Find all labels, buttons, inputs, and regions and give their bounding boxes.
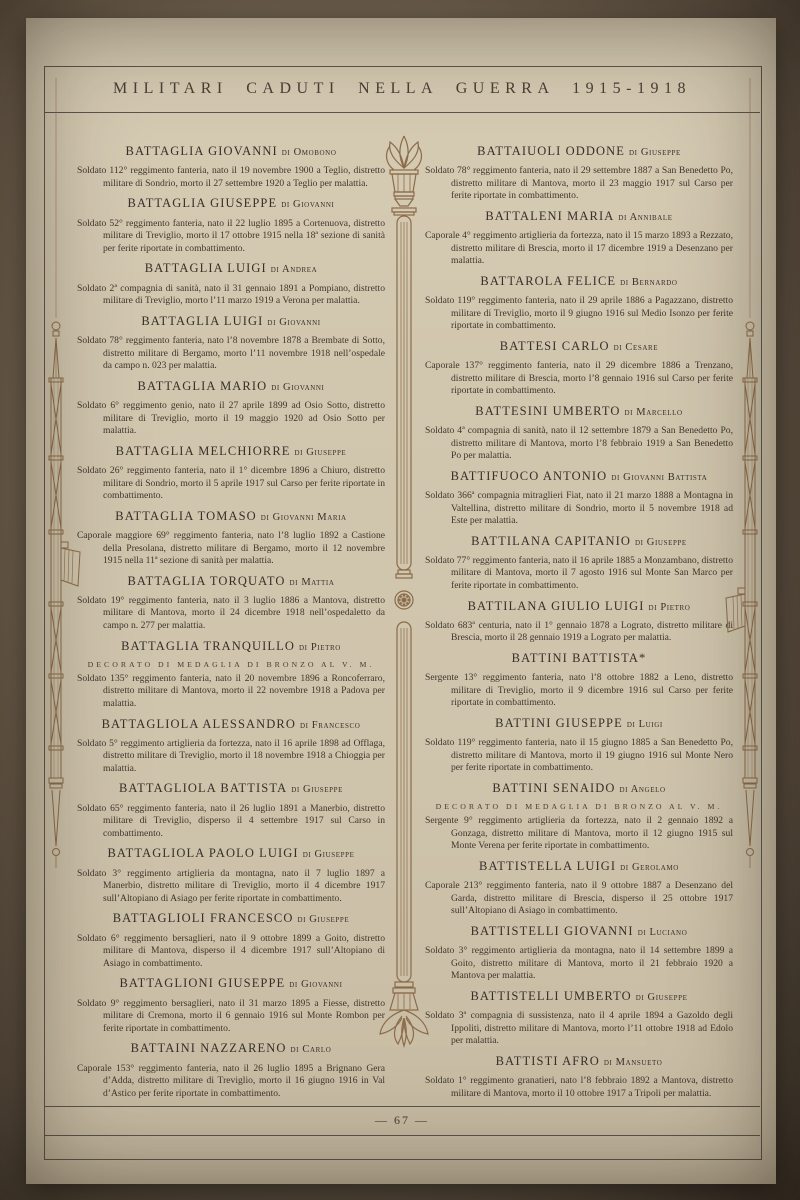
soldier-name-heading: BATTAGLIA LUIGIdi Andrea <box>77 259 385 277</box>
soldier-name: BATTISTELLI GIOVANNI <box>471 924 634 938</box>
soldier-name: BATTAGLIA TORQUATO <box>127 574 285 588</box>
soldier-honor-line: DECORATO DI MEDAGLIA DI BRONZO AL V. M. <box>77 660 385 669</box>
soldier-patronymic: di Omobono <box>282 147 337 158</box>
soldier-record-text: Caporale 137° reggimento fanteria, nato … <box>425 360 733 397</box>
soldier-entry: BATTAGLIOLA PAOLO LUIGIdi Giuseppe Solda… <box>77 844 385 905</box>
soldier-record-text: Soldato 6° reggimento bersaglieri, nato … <box>77 933 385 970</box>
soldier-name-heading: BATTAGLIOLI FRANCESCOdi Giuseppe <box>77 909 385 927</box>
soldier-patronymic: di Mansueto <box>604 1057 663 1068</box>
soldier-entry: BATTINI BATTISTA* Sergente 13° reggiment… <box>425 649 733 710</box>
page-number: — 67 — <box>44 1109 760 1131</box>
soldier-entry: BATTAGLIA GIOVANNIdi Omobono Soldato 112… <box>77 142 385 190</box>
soldier-name-heading: BATTAGLIOLA ALESSANDROdi Francesco <box>77 715 385 733</box>
soldier-record-text: Caporale 4° reggimento artiglieria da fo… <box>425 230 733 267</box>
soldier-record-text: Sergente 13° reggimento fanteria, nato l… <box>425 672 733 709</box>
book-page: MILITARI CADUTI NELLA GUERRA 1915-1918 B… <box>26 18 776 1184</box>
soldier-record-text: Caporale maggiore 69° reggimento fanteri… <box>77 530 385 567</box>
soldier-record-text: Soldato 78° reggimento fanteria, nato l’… <box>77 335 385 372</box>
soldier-name-heading: BATTAIUOLI ODDONEdi Giuseppe <box>425 142 733 160</box>
soldier-name-heading: BATTAGLIA GIOVANNIdi Omobono <box>77 142 385 160</box>
soldier-name-heading: BATTALENI MARIAdi Annibale <box>425 207 733 225</box>
soldier-name-heading: BATTESINI UMBERTOdi Marcello <box>425 402 733 420</box>
soldier-name-heading: BATTAGLIA MELCHIORREdi Giuseppe <box>77 442 385 460</box>
soldier-entry: BATTAINI NAZZARENOdi Carlo Caporale 153°… <box>77 1039 385 1100</box>
soldier-entry: BATTAGLIA LUIGIdi Giovanni Soldato 78° r… <box>77 312 385 373</box>
soldier-name: BATTAGLIA GIOVANNI <box>126 144 278 158</box>
soldier-entry: BATTAGLIA TOMASOdi Giovanni Maria Capora… <box>77 507 385 568</box>
soldier-record-text: Soldato 3° reggimento artiglieria da mon… <box>77 868 385 905</box>
soldier-name-heading: BATTINI BATTISTA* <box>425 649 733 667</box>
page-title: MILITARI CADUTI NELLA GUERRA 1915-1918 <box>113 80 691 98</box>
soldier-entry: BATTAGLIOLA ALESSANDROdi Francesco Solda… <box>77 715 385 776</box>
footer-rule-bottom <box>44 1135 760 1136</box>
soldier-entry: BATTINI GIUSEPPEdi Luigi Soldato 119° re… <box>425 714 733 775</box>
soldier-name: BATTAGLIA TOMASO <box>115 509 257 523</box>
soldier-patronymic: di Giuseppe <box>629 147 681 158</box>
soldier-entry: BATTESI CARLOdi Cesare Caporale 137° reg… <box>425 337 733 398</box>
soldier-patronymic: di Gerolamo <box>620 862 679 873</box>
soldier-name: BATTISTELLI UMBERTO <box>470 989 631 1003</box>
soldier-entry: BATTILANA GIULIO LUIGIdi Pietro Soldato … <box>425 597 733 645</box>
soldier-entry: BATTISTELLA LUIGIdi Gerolamo Caporale 21… <box>425 857 733 918</box>
soldier-name-heading: BATTAGLIA TORQUATOdi Mattia <box>77 572 385 590</box>
soldier-name: BATTISTI AFRO <box>496 1054 600 1068</box>
soldier-entry: BATTAGLIOLA BATTISTAdi Giuseppe Soldato … <box>77 779 385 840</box>
soldier-entry: BATTAGLIA TORQUATOdi Mattia Soldato 19° … <box>77 572 385 633</box>
soldier-name-heading: BATTISTELLA LUIGIdi Gerolamo <box>425 857 733 875</box>
soldier-patronymic: di Andrea <box>271 264 318 275</box>
soldier-name-heading: BATTAROLA FELICEdi Bernardo <box>425 272 733 290</box>
soldier-name-heading: BATTESI CARLOdi Cesare <box>425 337 733 355</box>
soldier-entry: BATTAGLIA TRANQUILLOdi Pietro DECORATO D… <box>77 637 385 711</box>
soldier-name: BATTAGLIOLA BATTISTA <box>119 781 287 795</box>
soldier-name-heading: BATTAGLIA LUIGIdi Giovanni <box>77 312 385 330</box>
photo-background: MILITARI CADUTI NELLA GUERRA 1915-1918 B… <box>0 0 800 1200</box>
soldier-patronymic: di Giuseppe <box>636 992 688 1003</box>
soldier-name: BATTILANA CAPITANIO <box>471 534 631 548</box>
soldier-honor-line: DECORATO DI MEDAGLIA DI BRONZO AL V. M. <box>425 802 733 811</box>
soldier-entry: BATTISTELLI UMBERTOdi Giuseppe Soldato 3… <box>425 987 733 1048</box>
footer-rule-top <box>44 1106 760 1107</box>
soldier-entry: BATTAGLIA LUIGIdi Andrea Soldato 2ª comp… <box>77 259 385 307</box>
soldier-patronymic: di Giovanni <box>267 317 320 328</box>
soldier-patronymic: di Francesco <box>300 720 360 731</box>
soldier-name: BATTAGLIA GIUSEPPE <box>128 196 278 210</box>
soldier-patronymic: di Annibale <box>618 212 672 223</box>
soldier-record-text: Soldato 366ª compagnia mitraglieri Fiat,… <box>425 490 733 527</box>
soldier-name: BATTAIUOLI ODDONE <box>477 144 625 158</box>
soldier-patronymic: di Luciano <box>638 927 688 938</box>
soldier-entry: BATTISTELLI GIOVANNIdi Luciano Soldato 3… <box>425 922 733 983</box>
soldier-record-text: Caporale 213° reggimento fanteria, nato … <box>425 880 733 917</box>
column-right: BATTAIUOLI ODDONEdi Giuseppe Soldato 78°… <box>425 142 733 1100</box>
soldier-name-heading: BATTILANA CAPITANIOdi Giuseppe <box>425 532 733 550</box>
soldier-record-text: Soldato 2ª compagnia di sanità, nato il … <box>77 283 385 308</box>
soldier-record-text: Soldato 112° reggimento fanteria, nato i… <box>77 165 385 190</box>
soldier-entry: BATTAROLA FELICEdi Bernardo Soldato 119°… <box>425 272 733 333</box>
soldier-record-text: Soldato 119° reggimento fanteria, nato i… <box>425 295 733 332</box>
page-header-band: MILITARI CADUTI NELLA GUERRA 1915-1918 <box>44 66 760 113</box>
soldier-name-heading: BATTIFUOCO ANTONIOdi Giovanni Battista <box>425 467 733 485</box>
soldier-name-heading: BATTILANA GIULIO LUIGIdi Pietro <box>425 597 733 615</box>
soldier-patronymic: di Angelo <box>619 784 665 795</box>
soldier-patronymic: di Giovanni Battista <box>611 472 707 483</box>
soldier-entry: BATTAGLIA GIUSEPPEdi Giovanni Soldato 52… <box>77 194 385 255</box>
soldier-record-text: Soldato 1° reggimento granatieri, nato l… <box>425 1075 733 1100</box>
soldier-name: BATTINI GIUSEPPE <box>495 716 623 730</box>
soldier-name-heading: BATTISTI AFROdi Mansueto <box>425 1052 733 1070</box>
soldier-record-text: Soldato 3ª compagnia di sussistenza, nat… <box>425 1010 733 1047</box>
soldier-entry: BATTIFUOCO ANTONIOdi Giovanni Battista S… <box>425 467 733 528</box>
soldier-patronymic: di Giovanni <box>281 199 334 210</box>
soldier-name: BATTAGLIOLA ALESSANDRO <box>102 717 296 731</box>
soldier-record-text: Soldato 683ª centuria, nato il 1° gennai… <box>425 620 733 645</box>
soldier-name-heading: BATTISTELLI UMBERTOdi Giuseppe <box>425 987 733 1005</box>
soldier-name: BATTAINI NAZZARENO <box>131 1041 287 1055</box>
soldier-name: BATTAGLIA MELCHIORRE <box>116 444 291 458</box>
soldier-patronymic: di Giuseppe <box>635 537 687 548</box>
soldier-name: BATTAGLIONI GIUSEPPE <box>119 976 285 990</box>
soldier-name-heading: BATTAGLIA TRANQUILLOdi Pietro <box>77 637 385 655</box>
soldier-entry: BATTAIUOLI ODDONEdi Giuseppe Soldato 78°… <box>425 142 733 203</box>
soldier-entry: BATTILANA CAPITANIOdi Giuseppe Soldato 7… <box>425 532 733 593</box>
soldier-name-heading: BATTINI GIUSEPPEdi Luigi <box>425 714 733 732</box>
soldier-record-text: Soldato 19° reggimento fanteria, nato il… <box>77 595 385 632</box>
soldier-name-heading: BATTAGLIA MARIOdi Giovanni <box>77 377 385 395</box>
soldier-record-text: Soldato 9° reggimento bersaglieri, nato … <box>77 998 385 1035</box>
soldier-patronymic: di Giuseppe <box>291 784 343 795</box>
soldier-name-heading: BATTAGLIA GIUSEPPEdi Giovanni <box>77 194 385 212</box>
soldier-name: BATTAGLIA LUIGI <box>141 314 263 328</box>
soldier-name: BATTESI CARLO <box>500 339 610 353</box>
soldier-name: BATTAGLIA LUIGI <box>145 261 267 275</box>
soldier-record-text: Soldato 78° reggimento fanteria, nato il… <box>425 165 733 202</box>
soldier-patronymic: di Giovanni Maria <box>261 512 347 523</box>
soldier-name-heading: BATTAGLIOLA PAOLO LUIGIdi Giuseppe <box>77 844 385 862</box>
soldier-name: BATTAGLIA MARIO <box>138 379 268 393</box>
soldier-patronymic: di Marcello <box>624 407 682 418</box>
soldier-entry: BATTAGLIONI GIUSEPPEdi Giovanni Soldato … <box>77 974 385 1035</box>
soldier-name: BATTILANA GIULIO LUIGI <box>468 599 645 613</box>
soldier-name: BATTAROLA FELICE <box>480 274 616 288</box>
soldier-record-text: Soldato 65° reggimento fanteria, nato il… <box>77 803 385 840</box>
soldier-patronymic: di Mattia <box>290 577 335 588</box>
soldier-name: BATTAGLIA TRANQUILLO <box>121 639 295 653</box>
soldier-record-text: Soldato 4ª compagnia di sanità, nato il … <box>425 425 733 462</box>
soldier-patronymic: di Giuseppe <box>297 914 349 925</box>
soldier-name: BATTINI SENAIDO <box>492 781 615 795</box>
soldier-patronymic: di Giovanni <box>289 979 342 990</box>
soldier-record-text: Caporale 153° reggimento fanteria, nato … <box>77 1063 385 1100</box>
soldier-record-text: Soldato 135° reggimento fanteria, nato i… <box>77 673 385 710</box>
soldier-patronymic: di Cesare <box>614 342 659 353</box>
soldier-record-text: Soldato 77° reggimento fanteria, nato il… <box>425 555 733 592</box>
soldier-entry: BATTAGLIA MARIOdi Giovanni Soldato 6° re… <box>77 377 385 438</box>
soldier-entry: BATTINI SENAIDOdi Angelo DECORATO DI MED… <box>425 779 733 853</box>
soldier-name-heading: BATTINI SENAIDOdi Angelo <box>425 779 733 797</box>
soldier-name: BATTINI BATTISTA* <box>512 651 647 665</box>
soldier-patronymic: di Giovanni <box>271 382 324 393</box>
soldier-name-heading: BATTAINI NAZZARENOdi Carlo <box>77 1039 385 1057</box>
soldier-patronymic: di Giuseppe <box>295 447 347 458</box>
soldier-entry: BATTAGLIA MELCHIORREdi Giuseppe Soldato … <box>77 442 385 503</box>
soldier-name: BATTAGLIOLI FRANCESCO <box>113 911 294 925</box>
soldier-name: BATTIFUOCO ANTONIO <box>451 469 608 483</box>
soldier-name-heading: BATTAGLIONI GIUSEPPEdi Giovanni <box>77 974 385 992</box>
soldier-record-text: Soldato 3° reggimento artiglieria da mon… <box>425 945 733 982</box>
soldier-name: BATTESINI UMBERTO <box>475 404 620 418</box>
soldier-entry: BATTAGLIOLI FRANCESCOdi Giuseppe Soldato… <box>77 909 385 970</box>
soldier-record-text: Sergente 9° reggimento artiglieria da fo… <box>425 815 733 852</box>
soldier-name: BATTISTELLA LUIGI <box>479 859 616 873</box>
soldier-name-heading: BATTISTELLI GIOVANNIdi Luciano <box>425 922 733 940</box>
soldier-entry: BATTALENI MARIAdi Annibale Caporale 4° r… <box>425 207 733 268</box>
soldier-name-heading: BATTAGLIOLA BATTISTAdi Giuseppe <box>77 779 385 797</box>
soldier-name-heading: BATTAGLIA TOMASOdi Giovanni Maria <box>77 507 385 525</box>
soldier-record-text: Soldato 119° reggimento fanteria, nato i… <box>425 737 733 774</box>
soldier-record-text: Soldato 52° reggimento fanteria, nato il… <box>77 218 385 255</box>
soldier-patronymic: di Luigi <box>627 719 663 730</box>
soldier-entry: BATTESINI UMBERTOdi Marcello Soldato 4ª … <box>425 402 733 463</box>
soldier-patronymic: di Pietro <box>299 642 341 653</box>
soldier-entry: BATTISTI AFROdi Mansueto Soldato 1° regg… <box>425 1052 733 1100</box>
soldier-name: BATTAGLIOLA PAOLO LUIGI <box>108 846 299 860</box>
soldier-patronymic: di Pietro <box>649 602 691 613</box>
soldier-patronymic: di Carlo <box>291 1044 332 1055</box>
soldier-record-text: Soldato 6° reggimento genio, nato il 27 … <box>77 400 385 437</box>
column-left: BATTAGLIA GIOVANNIdi Omobono Soldato 112… <box>77 142 385 1100</box>
soldier-patronymic: di Bernardo <box>620 277 677 288</box>
soldier-patronymic: di Giuseppe <box>303 849 355 860</box>
soldier-record-text: Soldato 26° reggimento fanteria, nato il… <box>77 465 385 502</box>
soldier-record-text: Soldato 5° reggimento artiglieria da for… <box>77 738 385 775</box>
soldier-name: BATTALENI MARIA <box>485 209 614 223</box>
